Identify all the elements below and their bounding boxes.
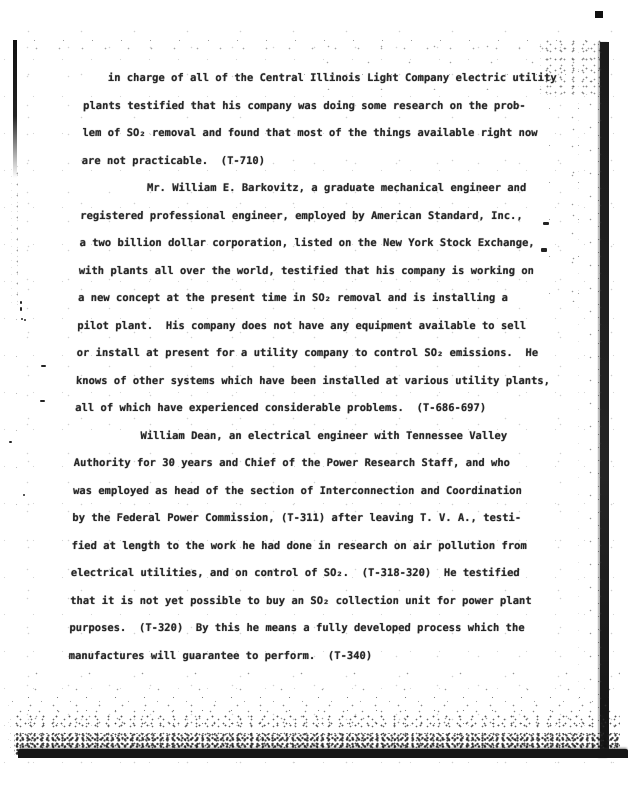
text-line: registered professional engineer, employ… bbox=[80, 210, 581, 238]
text-line: was employed as head of the section of I… bbox=[72, 485, 573, 513]
stray-mark bbox=[40, 400, 45, 402]
text-line: fied at length to the work he had done i… bbox=[71, 540, 572, 568]
scanner-edge-left bbox=[13, 40, 17, 178]
text-line: with plants all over the world, testifie… bbox=[78, 265, 579, 293]
stray-mark bbox=[23, 494, 25, 496]
text-line: a new concept at the present time in SO₂… bbox=[78, 292, 579, 320]
stray-mark bbox=[20, 301, 22, 304]
scanner-noise-bottom-medium bbox=[8, 695, 620, 745]
stray-mark bbox=[20, 307, 22, 311]
text-line: purposes. (T-320) By this he means a ful… bbox=[69, 622, 570, 650]
text-line: pilot plant. His company does not have a… bbox=[77, 320, 578, 348]
registration-mark bbox=[595, 11, 603, 18]
scanner-noise-top bbox=[14, 38, 600, 52]
text-block: in charge of all of the Central Illinois… bbox=[68, 72, 584, 677]
scanned-document: { "document": { "colors": { "ink": "#272… bbox=[0, 0, 628, 800]
text-line: Mr. William E. Barkovitz, a graduate mec… bbox=[80, 182, 581, 210]
text-line: manufactures will guarantee to perform. … bbox=[68, 650, 569, 678]
stray-mark bbox=[24, 319, 26, 321]
text-line: or install at present for a utility comp… bbox=[76, 347, 577, 375]
scanner-noise-bottom-dense bbox=[10, 715, 620, 753]
stray-mark bbox=[9, 441, 12, 443]
text-line: are not practicable. (T-710) bbox=[81, 155, 582, 183]
stray-mark bbox=[21, 318, 23, 320]
scanner-bottom-bar bbox=[18, 749, 628, 758]
stray-mark bbox=[41, 365, 46, 367]
text-line: by the Federal Power Commission, (T-311)… bbox=[72, 512, 573, 540]
text-line: that it is not yet possible to buy an SO… bbox=[70, 595, 571, 623]
scanner-edge-left-fade bbox=[11, 165, 18, 305]
text-line: William Dean, an electrical engineer wit… bbox=[74, 430, 575, 458]
text-line: Authority for 30 years and Chief of the … bbox=[73, 457, 574, 485]
scanner-edge-left-dots bbox=[12, 290, 18, 510]
text-line: in charge of all of the Central Illinois… bbox=[83, 72, 584, 100]
text-line: knows of other systems which have been i… bbox=[75, 375, 576, 403]
text-line: a two billion dollar corporation, listed… bbox=[79, 237, 580, 265]
text-line: electrical utilities, and on control of … bbox=[70, 567, 571, 595]
scanner-edge-right bbox=[600, 42, 609, 758]
text-line: plants testified that his company was do… bbox=[83, 100, 584, 128]
scanner-noise-bottom-sparse bbox=[8, 672, 620, 732]
text-line: all of which have experienced considerab… bbox=[75, 402, 576, 430]
text-line: lem of SO₂ removal and found that most o… bbox=[82, 127, 583, 155]
